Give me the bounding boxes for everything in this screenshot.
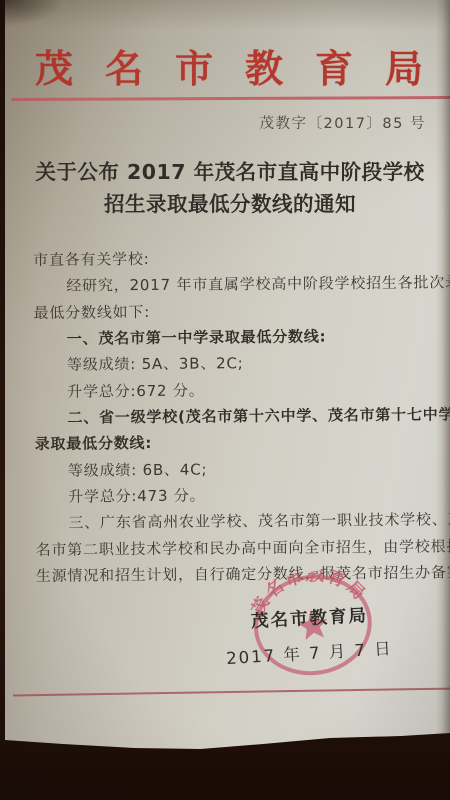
paper-corner-shadow (5, 0, 65, 26)
letterhead-red-rule (11, 96, 450, 101)
body-line: 升学总分:672 分。 (34, 375, 444, 405)
document-body: 市直各有关学校:经研究，2017 年市直属学校高中阶段学校招生各批次录取最低分数… (33, 243, 446, 589)
photo-of-document: { "photo": { "desk_color": "#241108", "p… (0, 0, 450, 800)
body-line: 二、省一级学校(茂名市第十六中学、茂名市第十七中学) (34, 401, 444, 431)
document-number: 茂教字〔2017〕85 号 (260, 112, 426, 133)
footer-red-rule (13, 688, 450, 697)
body-line: 等级成绩: 6B、4C; (35, 454, 445, 484)
body-line: 升学总分:473 分。 (35, 481, 445, 511)
body-line: 最低分数线如下: (33, 296, 443, 326)
body-line: 等级成绩: 5A、3B、2C; (34, 349, 444, 379)
paper-top-shadow (5, 0, 450, 30)
body-line: 市直各有关学校: (33, 243, 443, 273)
body-line: 名市第二职业技术学校和民办高中面向全市招生，由学校根据 (36, 533, 446, 563)
body-line: 一、茂名市第一中学录取最低分数线: (34, 322, 444, 352)
notice-title: 关于公布 2017 年茂名市直高中阶段学校 招生录取最低分数线的通知 (33, 157, 427, 220)
letterhead-agency-name: 茂名市教育局 (35, 38, 450, 93)
body-line: 经研究，2017 年市直属学校高中阶段学校招生各批次录取 (33, 270, 443, 300)
body-line: 三、广东省高州农业学校、茂名市第一职业技术学校、茂 (35, 507, 445, 537)
document-paper: 茂名市教育局 茂教字〔2017〕85 号 关于公布 2017 年茂名市直高中阶段… (5, 0, 450, 752)
body-line: 录取最低分数线: (35, 428, 445, 458)
paper-right-shadow (436, 0, 450, 752)
notice-title-line1: 关于公布 2017 年茂名市直高中阶段学校 (33, 157, 427, 189)
notice-title-line2: 招生录取最低分数线的通知 (33, 189, 427, 221)
